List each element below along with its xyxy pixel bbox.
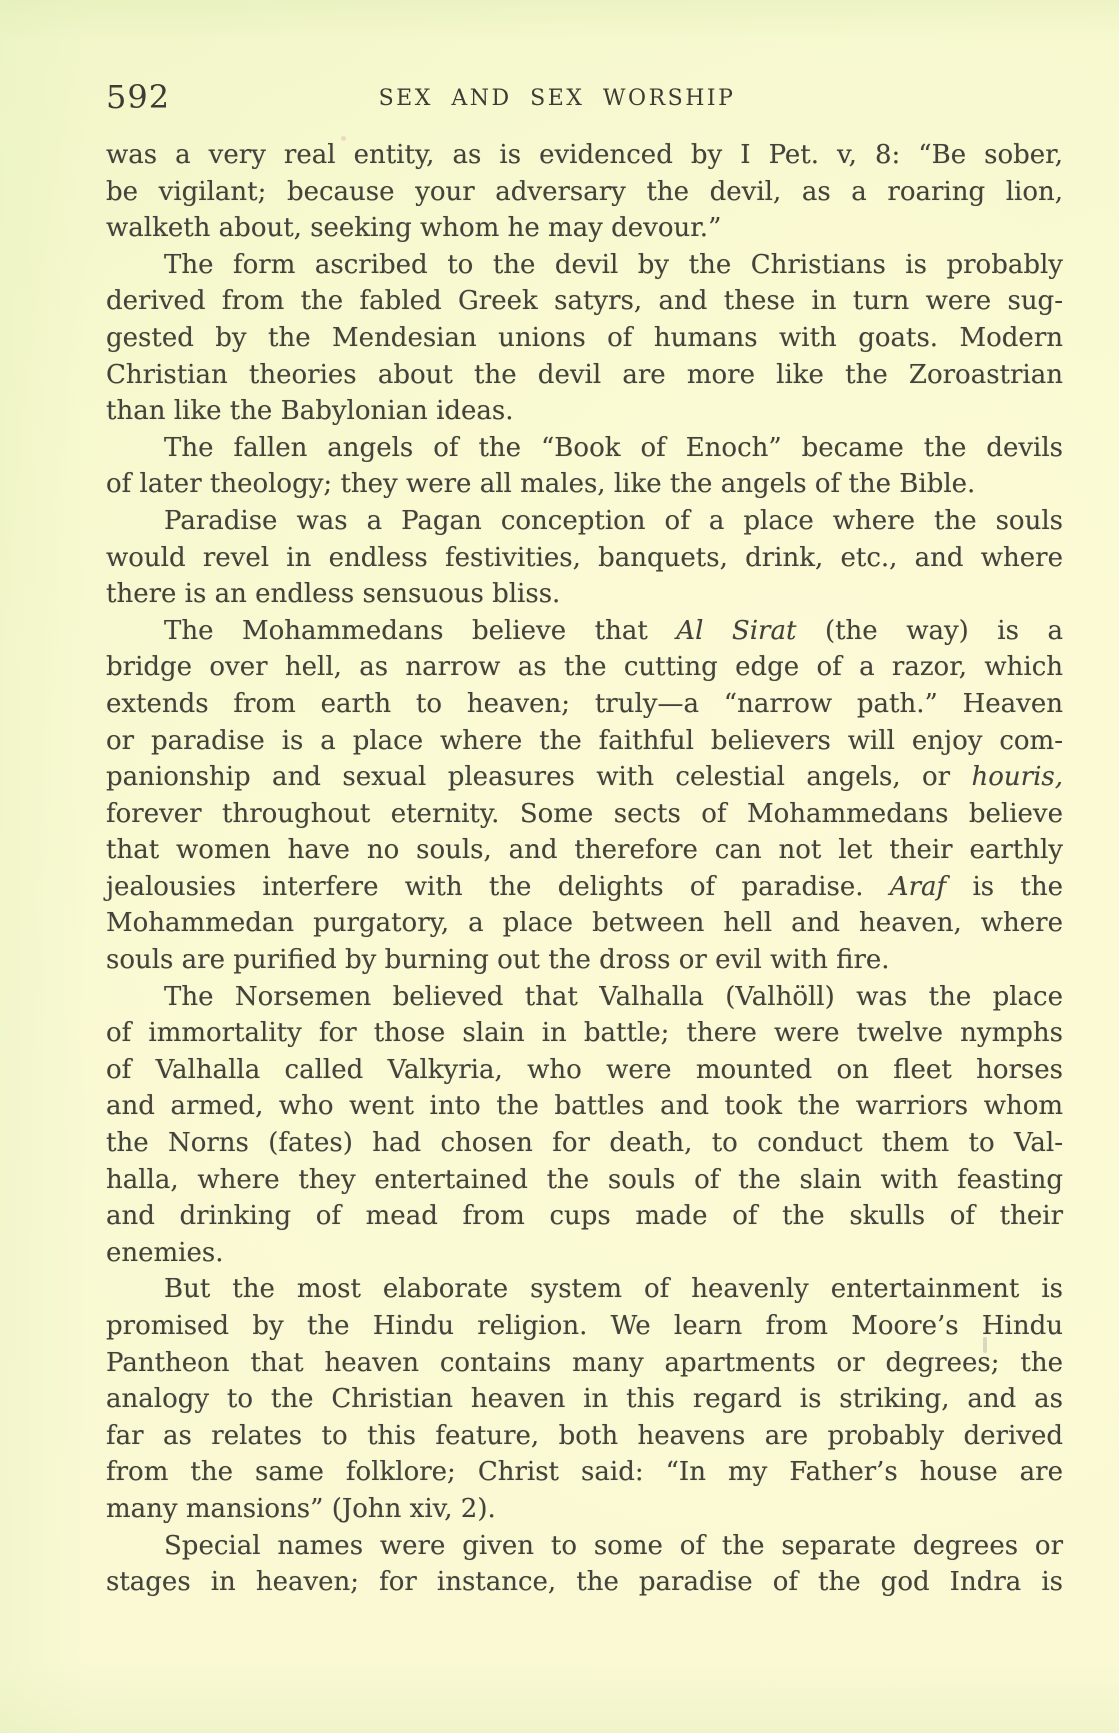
text-segment: halla, where they entertained the souls … (106, 1165, 1063, 1195)
text-line: derived from the fabled Greek satyrs, an… (106, 283, 1063, 320)
text-line: Special names were given to some of the … (106, 1528, 1063, 1565)
text-line: halla, where they entertained the souls … (106, 1162, 1063, 1199)
text-segment: of immortality for those slain in battle… (106, 1018, 1063, 1048)
paragraph: The fallen angels of the “Book of Enoch”… (106, 430, 1063, 503)
text-segment: The form ascribed to the devil by the Ch… (164, 250, 1063, 280)
text-line: walketh about, seeking whom he may devou… (106, 210, 1063, 247)
text-line: bridge over hell, as narrow as the cutti… (106, 649, 1063, 686)
text-segment: souls are purified by burning out the dr… (106, 945, 890, 975)
text-line: that women have no souls, and therefore … (106, 832, 1063, 869)
text-line: was a very real entity, as is evidenced … (106, 137, 1063, 174)
text-segment: analogy to the Christian heaven in this … (106, 1384, 1063, 1414)
page-body: was a very real entity, as is evidenced … (106, 137, 1063, 1601)
text-line: be vigilant; because your adversary the … (106, 174, 1063, 211)
text-segment: Paradise was a Pagan conception of a pla… (164, 506, 1063, 536)
text-segment: bridge over hell, as narrow as the cutti… (106, 652, 1063, 682)
text-line: and drinking of mead from cups made of t… (106, 1198, 1063, 1235)
text-segment: jealousies interfere with the delights o… (106, 872, 890, 902)
text-segment: was a very real entity, as is evidenced … (106, 140, 1063, 170)
text-segment: than like the Babylonian ideas. (106, 396, 514, 426)
text-line: gested by the Mendesian unions of humans… (106, 320, 1063, 357)
text-line: or paradise is a place where the faithfu… (106, 723, 1063, 760)
text-line: of Valhalla called Valkyria, who were mo… (106, 1052, 1063, 1089)
text-line: jealousies interfere with the delights o… (106, 869, 1063, 906)
text-segment: the Norns (fates) had chosen for death, … (106, 1128, 1063, 1158)
text-segment: The fallen angels of the “Book of Enoch”… (164, 433, 1063, 463)
text-line: would revel in endless festivities, banq… (106, 540, 1063, 577)
text-line: stages in heaven; for instance, the para… (106, 1564, 1063, 1601)
text-line: Pantheon that heaven contains many apart… (106, 1345, 1063, 1382)
text-segment: Special names were given to some of the … (164, 1531, 1063, 1561)
text-segment: there is an endless sensuous bliss. (106, 579, 560, 609)
italic-text-segment: Araf (890, 872, 946, 902)
text-line: far as relates to this feature, both hea… (106, 1418, 1063, 1455)
text-segment: The Mohammedans believe that (164, 616, 676, 646)
paragraph: Paradise was a Pagan conception of a pla… (106, 503, 1063, 613)
text-line: of immortality for those slain in battle… (106, 1015, 1063, 1052)
text-line: The fallen angels of the “Book of Enoch”… (106, 430, 1063, 467)
paragraph: Special names were given to some of the … (106, 1528, 1063, 1601)
text-line: The Norsemen believed that Valhalla (Val… (106, 979, 1063, 1016)
text-segment: forever throughout eternity. Some sects … (106, 799, 1063, 829)
text-segment: and armed, who went into the battles and… (106, 1091, 1063, 1121)
text-line: The Mohammedans believe that Al Sirat (t… (106, 613, 1063, 650)
paragraph: The Mohammedans believe that Al Sirat (t… (106, 613, 1063, 979)
text-segment: that women have no souls, and therefore … (106, 835, 1063, 865)
text-line: the Norns (fates) had chosen for death, … (106, 1125, 1063, 1162)
text-segment: (the way) is a (796, 616, 1063, 646)
text-line: of later theology; they were all males, … (106, 466, 1063, 503)
text-segment: promised by the Hindu religion. We learn… (106, 1311, 1063, 1341)
text-line: panionship and sexual pleasures with cel… (106, 759, 1063, 796)
text-line: But the most elaborate system of heavenl… (106, 1271, 1063, 1308)
text-line: many mansions” (John xiv, 2). (106, 1491, 1063, 1528)
text-segment: extends from earth to heaven; truly—a “n… (106, 689, 1063, 719)
text-line: Paradise was a Pagan conception of a pla… (106, 503, 1063, 540)
text-segment: or paradise is a place where the faithfu… (106, 726, 1063, 756)
text-segment: from the same folklore; Christ said: “In… (106, 1457, 1063, 1487)
paragraph: But the most elaborate system of heavenl… (106, 1271, 1063, 1527)
book-page: 592 SEX AND SEX WORSHIP was a very real … (0, 0, 1119, 1733)
running-title: SEX AND SEX WORSHIP (106, 86, 1008, 111)
text-segment: gested by the Mendesian unions of humans… (106, 323, 1063, 353)
text-segment: of Valhalla called Valkyria, who were mo… (106, 1055, 1063, 1085)
text-segment: Mohammedan purgatory, a place between he… (106, 908, 1063, 938)
text-line: enemies. (106, 1235, 1063, 1272)
scan-speck-artifact (341, 136, 346, 141)
text-line: The form ascribed to the devil by the Ch… (106, 247, 1063, 284)
text-line: souls are purified by burning out the dr… (106, 942, 1063, 979)
text-segment: The Norsemen believed that Valhalla (Val… (164, 982, 1063, 1012)
italic-text-segment: Al Sirat (676, 616, 796, 646)
text-line: Mohammedan purgatory, a place between he… (106, 905, 1063, 942)
text-segment: panionship and sexual pleasures with cel… (106, 762, 972, 792)
text-segment: is the (946, 872, 1063, 902)
text-segment: many mansions” (John xiv, 2). (106, 1494, 496, 1524)
paragraph: The form ascribed to the devil by the Ch… (106, 247, 1063, 430)
text-segment: enemies. (106, 1238, 223, 1268)
italic-text-segment: houris, (972, 762, 1064, 792)
text-line: Christian theories about the devil are m… (106, 357, 1063, 394)
text-line: extends from earth to heaven; truly—a “n… (106, 686, 1063, 723)
text-line: there is an endless sensuous bliss. (106, 576, 1063, 613)
text-segment: and drinking of mead from cups made of t… (106, 1201, 1063, 1231)
scan-edge-artifact (983, 1337, 987, 1353)
page-header: 592 SEX AND SEX WORSHIP (106, 78, 1063, 120)
text-line: than like the Babylonian ideas. (106, 393, 1063, 430)
text-segment: walketh about, seeking whom he may devou… (106, 213, 721, 243)
text-segment: derived from the fabled Greek satyrs, an… (106, 286, 1063, 316)
paragraph: The Norsemen believed that Valhalla (Val… (106, 979, 1063, 1272)
text-line: analogy to the Christian heaven in this … (106, 1381, 1063, 1418)
text-segment: stages in heaven; for instance, the para… (106, 1567, 1063, 1597)
paragraph: was a very real entity, as is evidenced … (106, 137, 1063, 247)
text-segment: But the most elaborate system of heavenl… (164, 1274, 1063, 1304)
text-segment: would revel in endless festivities, banq… (106, 543, 1063, 573)
text-line: and armed, who went into the battles and… (106, 1088, 1063, 1125)
text-segment: Christian theories about the devil are m… (106, 360, 1063, 390)
text-segment: far as relates to this feature, both hea… (106, 1421, 1063, 1451)
text-segment: of later theology; they were all males, … (106, 469, 975, 499)
text-segment: Pantheon that heaven contains many apart… (106, 1348, 1063, 1378)
text-line: forever throughout eternity. Some sects … (106, 796, 1063, 833)
text-segment: be vigilant; because your adversary the … (106, 177, 1063, 207)
text-line: from the same folklore; Christ said: “In… (106, 1454, 1063, 1491)
text-line: promised by the Hindu religion. We learn… (106, 1308, 1063, 1345)
